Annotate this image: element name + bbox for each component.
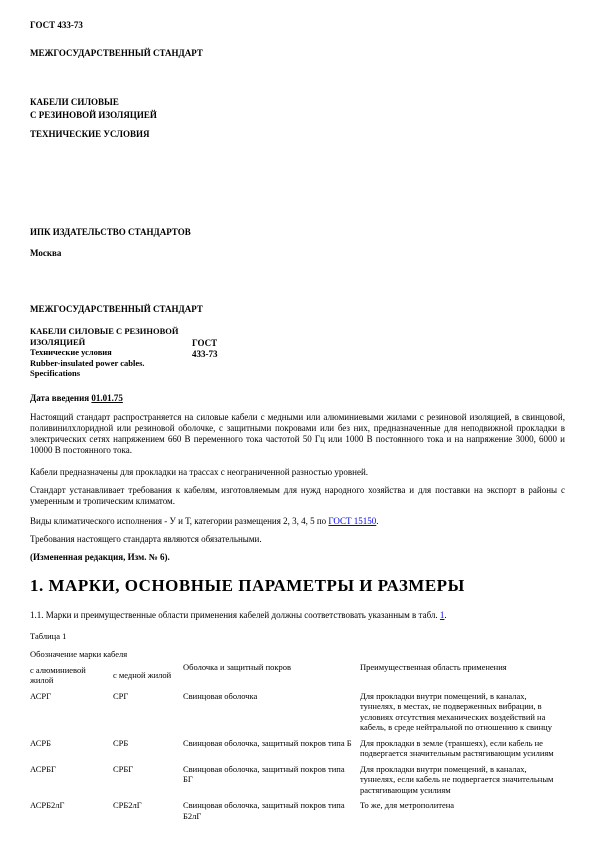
city: Москва	[30, 248, 565, 259]
header-application: Преимущественная область применения	[360, 649, 565, 691]
gost-designation: ГОСТ 433-73	[192, 338, 218, 360]
title-ru-line1: КАБЕЛИ СИЛОВЫЕ С РЕЗИНОВОЙ	[30, 326, 190, 337]
title-ru-line2: ИЗОЛЯЦИЕЙ	[30, 337, 190, 348]
intro-paragraph-routes: Кабели предназначены для прокладки на тр…	[30, 467, 565, 478]
intro-paragraph-scope: Настоящий стандарт распространяется на с…	[30, 412, 565, 456]
cell-sheath: Свинцовая оболочка, защитный покров типа…	[183, 764, 360, 801]
cell-sheath: Свинцовая оболочка, защитный покров типа…	[183, 800, 360, 826]
gost-label: ГОСТ	[192, 338, 218, 349]
header-sheath: Оболочка и защитный покров	[183, 649, 360, 691]
standard-type-label-2: МЕЖГОСУДАРСТВЕННЫЙ СТАНДАРТ	[30, 304, 565, 315]
doc-title: КАБЕЛИ СИЛОВЫЕ С РЕЗИНОВОЙ ИЗОЛЯЦИЕЙ	[30, 96, 565, 122]
gost-15150-link[interactable]: ГОСТ 15150	[328, 516, 376, 526]
cell-sheath: Свинцовая оболочка, защитный покров типа…	[183, 738, 360, 764]
clause-1-1-text: 1.1. Марки и преимущественные области пр…	[30, 610, 440, 620]
doc-number: ГОСТ 433-73	[30, 20, 565, 31]
intro-paragraph-climate: Виды климатического исполнения - У и Т, …	[30, 516, 565, 527]
header-mark-designation: Обозначение марки кабеля	[30, 649, 183, 665]
doc-title-line1: КАБЕЛИ СИЛОВЫЕ	[30, 96, 565, 109]
cell-mark-cu: СРБ2лГ	[113, 800, 183, 826]
table-header-row-group: Обозначение марки кабеля Оболочка и защи…	[30, 649, 565, 665]
climate-text: Виды климатического исполнения - У и Т, …	[30, 516, 328, 526]
table-row: АСРБ СРБ Свинцовая оболочка, защитный по…	[30, 738, 565, 764]
clause-1-1-suffix: .	[444, 610, 446, 620]
title-block-left: КАБЕЛИ СИЛОВЫЕ С РЕЗИНОВОЙ ИЗОЛЯЦИЕЙ Тех…	[30, 326, 190, 379]
table-row: АСРБГ СРБГ Свинцовая оболочка, защитный …	[30, 764, 565, 801]
title-block: КАБЕЛИ СИЛОВЫЕ С РЕЗИНОВОЙ ИЗОЛЯЦИЕЙ Тех…	[30, 326, 565, 379]
document-page: ГОСТ 433-73 МЕЖГОСУДАРСТВЕННЫЙ СТАНДАРТ …	[0, 0, 595, 842]
clause-1-1: 1.1. Марки и преимущественные области пр…	[30, 610, 565, 621]
table-row: АСРГ СРГ Свинцовая оболочка Для прокладк…	[30, 691, 565, 738]
cell-mark-cu: СРБ	[113, 738, 183, 764]
header-copper-core: с медной жилой	[113, 665, 183, 691]
cell-mark-al: АСРБ2лГ	[30, 800, 113, 826]
table-caption: Таблица 1	[30, 631, 565, 642]
amendment-note: (Измененная редакция, Изм. № 6).	[30, 552, 565, 563]
standard-type-label: МЕЖГОСУДАРСТВЕННЫЙ СТАНДАРТ	[30, 48, 565, 59]
climate-text-suffix: .	[376, 516, 378, 526]
cell-application: То же, для метрополитена	[360, 800, 565, 826]
cell-mark-cu: СРБГ	[113, 764, 183, 801]
cable-marks-table: Обозначение марки кабеля Оболочка и защи…	[30, 649, 565, 826]
section-1-heading: 1. МАРКИ, ОСНОВНЫЕ ПАРАМЕТРЫ И РАЗМЕРЫ	[30, 576, 565, 596]
doc-subtitle: ТЕХНИЧЕСКИЕ УСЛОВИЯ	[30, 129, 565, 140]
date-label: Дата введения	[30, 393, 91, 403]
date-value-link[interactable]: 01.01.75	[91, 393, 123, 403]
cell-application: Для прокладки в земле (траншеях), если к…	[360, 738, 565, 764]
table-row: АСРБ2лГ СРБ2лГ Свинцовая оболочка, защит…	[30, 800, 565, 826]
cell-mark-al: АСРБГ	[30, 764, 113, 801]
gost-number: 433-73	[192, 349, 218, 360]
cell-sheath: Свинцовая оболочка	[183, 691, 360, 738]
cell-application: Для прокладки внутри помещений, в канала…	[360, 691, 565, 738]
cell-mark-cu: СРГ	[113, 691, 183, 738]
intro-paragraph-mandatory: Требования настоящего стандарта являются…	[30, 534, 565, 545]
cell-application: Для прокладки внутри помещений, в канала…	[360, 764, 565, 801]
doc-title-line2: С РЕЗИНОВОЙ ИЗОЛЯЦИЕЙ	[30, 109, 565, 122]
cell-mark-al: АСРГ	[30, 691, 113, 738]
intro-paragraph-export: Стандарт устанавливает требования к кабе…	[30, 485, 565, 507]
title-en: Rubber-insulated power cables.	[30, 358, 190, 369]
publisher: ИПК ИЗДАТЕЛЬСТВО СТАНДАРТОВ	[30, 227, 565, 238]
cell-mark-al: АСРБ	[30, 738, 113, 764]
title-spec-ru: Технические условия	[30, 347, 190, 358]
intro-date: Дата введения 01.01.75	[30, 393, 565, 404]
header-aluminum-core: с алюминиевой жилой	[30, 665, 113, 691]
title-spec-en: Specifications	[30, 368, 190, 379]
